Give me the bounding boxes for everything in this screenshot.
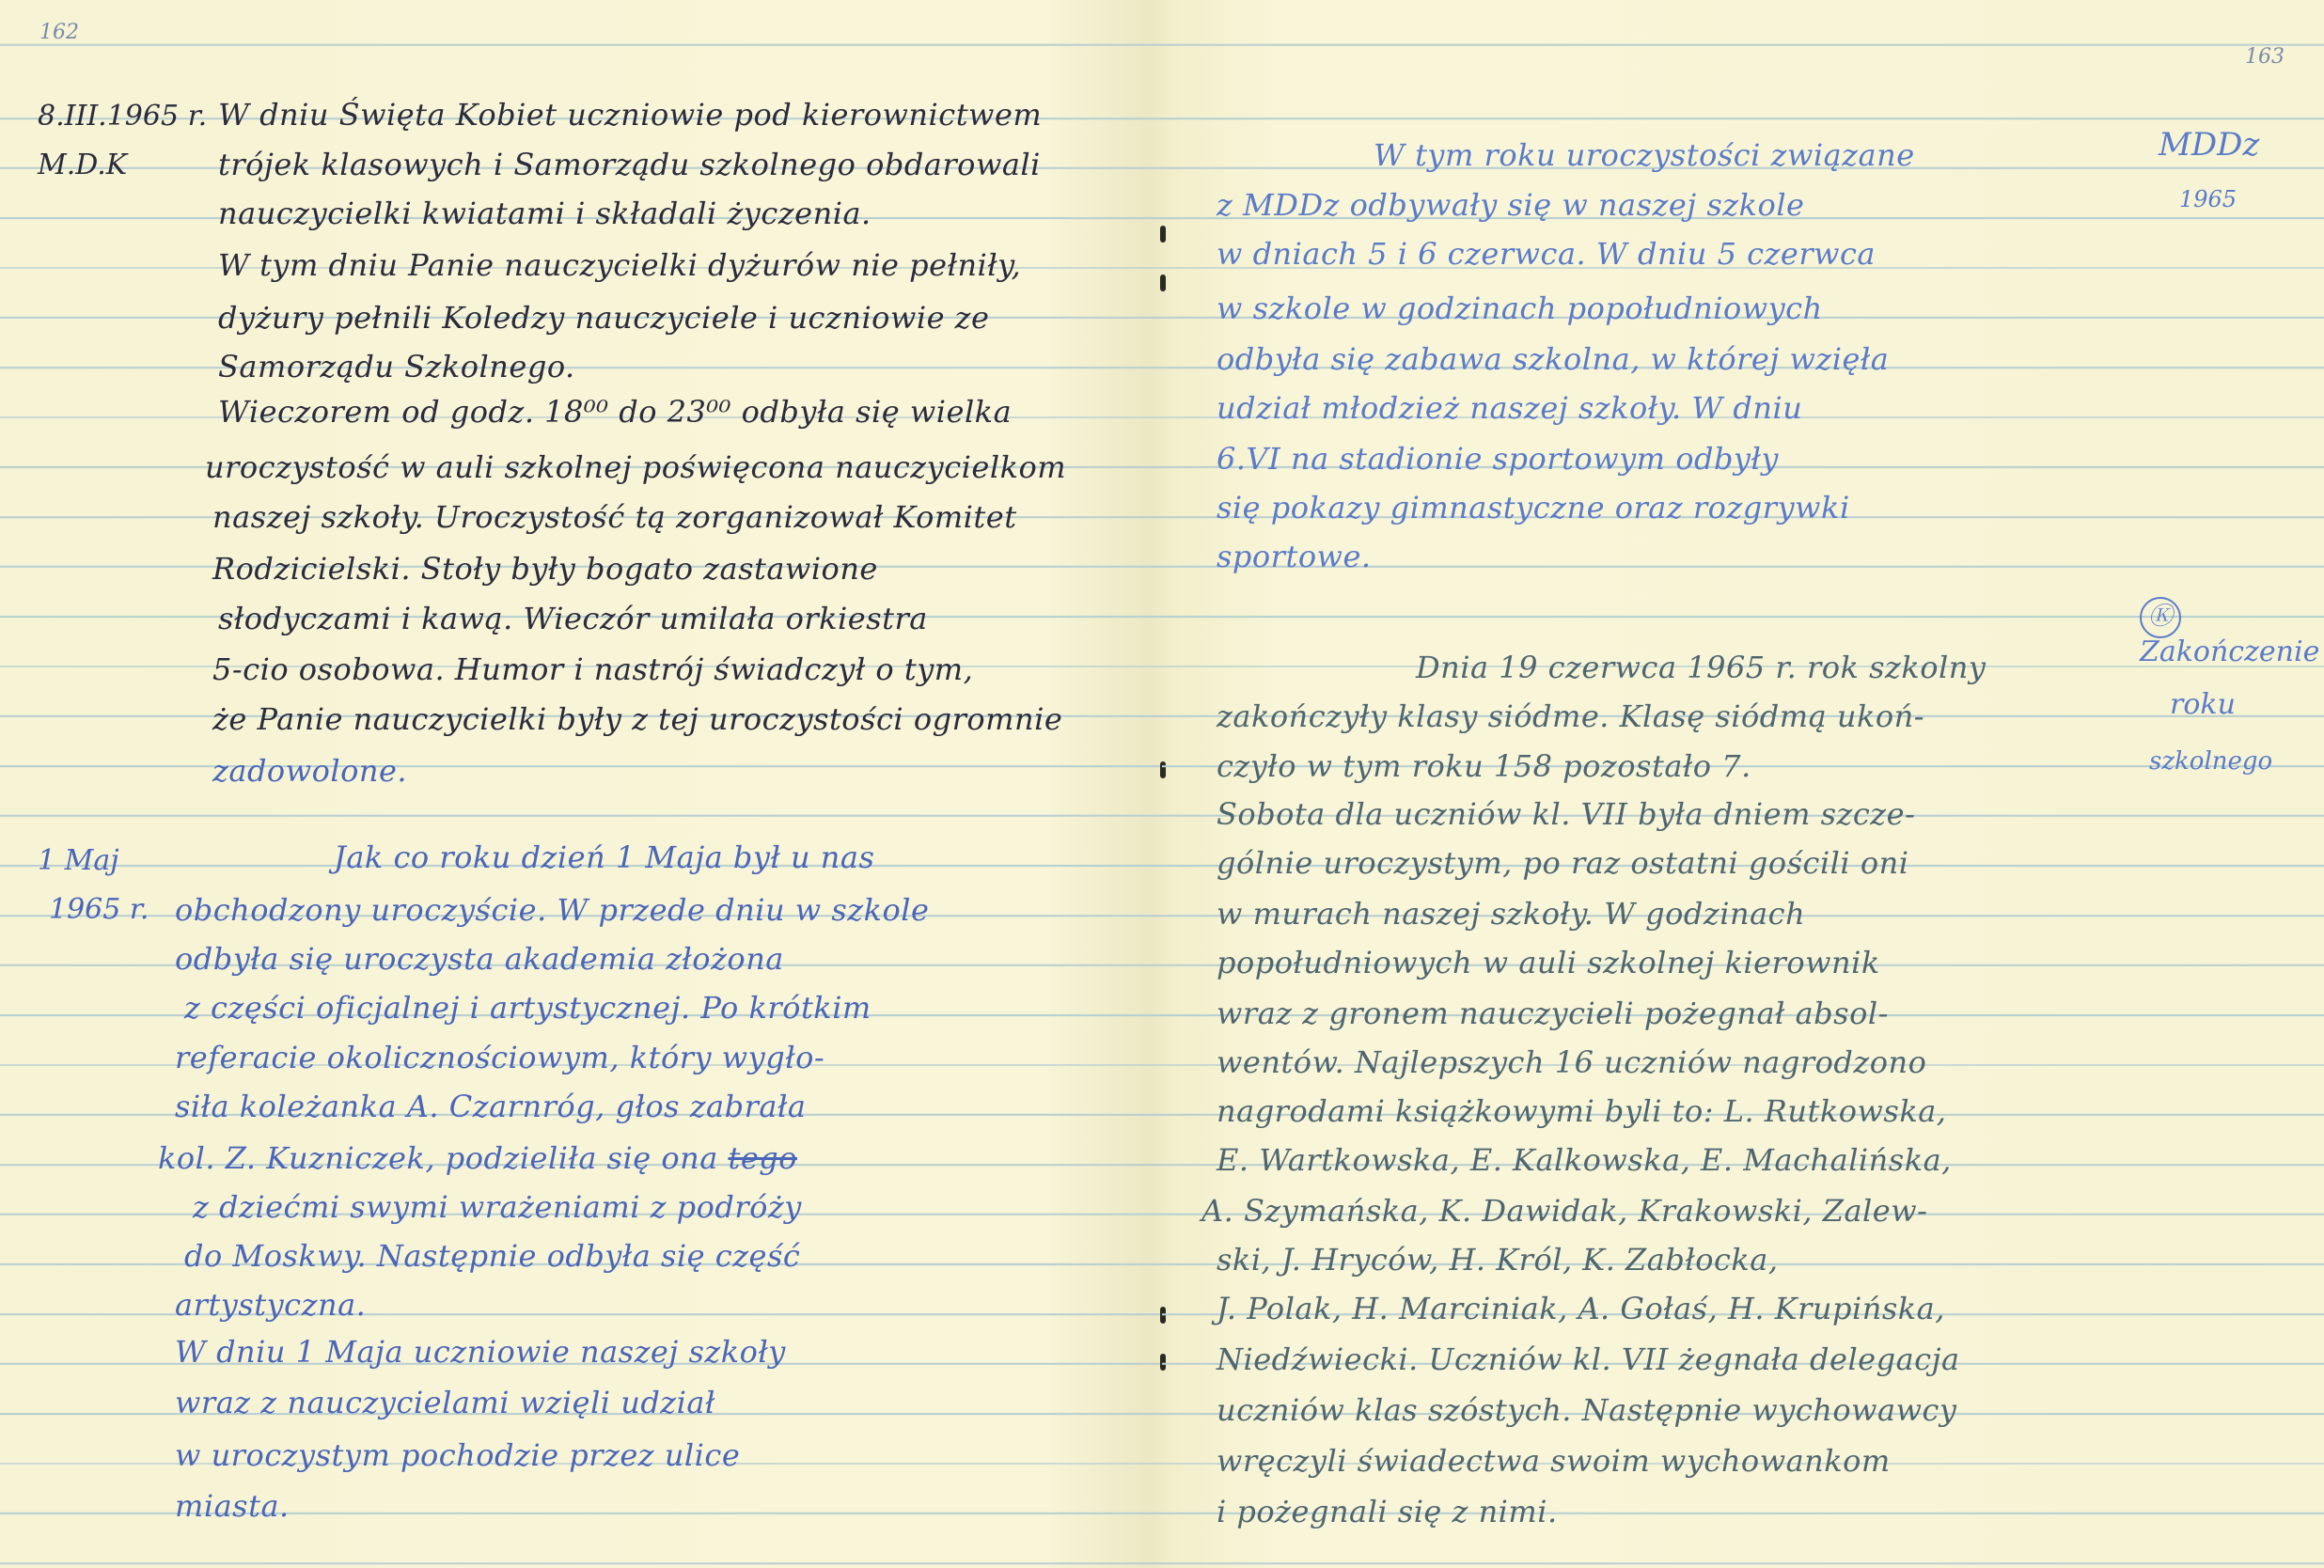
text-line: i pożegnali się z nimi. [1217, 1493, 1558, 1530]
text-line: E. Wartkowska, E. Kalkowska, E. Machaliń… [1217, 1141, 1952, 1179]
text-line: kol. Z. Kuzniczek, podzieliła się ona te… [158, 1139, 797, 1177]
text-line: A. Szymańska, K. Dawidak, Krakowski, Zal… [1201, 1192, 1927, 1230]
text-line: nauczycielki kwiatami i składali życzeni… [218, 195, 871, 232]
text-line: wentów. Najlepszych 16 uczniów nagrodzon… [1217, 1043, 1926, 1081]
text-line: czyło w tym roku 158 pozostało 7. [1217, 747, 1751, 785]
text-line: W tym dniu Panie nauczycielki dyżurów ni… [218, 246, 1021, 284]
text-line: że Panie nauczycielki były z tej uroczys… [212, 700, 1062, 738]
text-line: Niedźwiecki. Uczniów kl. VII żegnała del… [1217, 1341, 1960, 1378]
notebook-spread: 162 8.III.1965 r. M.D.K 1 Maj 1965 r. W … [0, 0, 2324, 1568]
text-line: Sobota dla uczniów kl. VII była dniem sz… [1217, 795, 1915, 833]
text-line: wręczyli świadectwa swoim wychowankom [1217, 1442, 1891, 1480]
text-line: W dniu Święta Kobiet uczniowie pod kiero… [218, 96, 1042, 133]
margin-date: 1 Maj [38, 837, 119, 886]
text-line: się pokazy gimnastyczne oraz rozgrywki [1217, 489, 1850, 526]
text-line: z części oficjalnej i artystycznej. Po k… [184, 989, 871, 1027]
text-line: W tym roku uroczystości związane [1374, 136, 1915, 174]
text-line: naszej szkoły. Uroczystość tą zorganizow… [212, 498, 1017, 536]
text-line: 6.VI na stadionie sportowym odbyły [1217, 440, 1779, 478]
text-line: w uroczystym pochodzie przez ulice [175, 1436, 740, 1474]
text-line: nagrodami książkowymi byli to: L. Rutkow… [1217, 1092, 1946, 1130]
text-line: Rodzicielski. Stoły były bogato zastawio… [212, 550, 878, 588]
margin-heading: Zakończenie [2140, 628, 2319, 677]
text-line: wraz z nauczycielami wzięli udział [175, 1384, 715, 1421]
margin-label: M.D.K [38, 141, 127, 190]
left-page: 162 8.III.1965 r. M.D.K 1 Maj 1965 r. W … [0, 0, 1162, 1568]
text-line: odbyła się zabawa szkolna, w której wzię… [1217, 340, 1889, 378]
text-line: z dziećmi swymi wrażeniami z podróży [193, 1188, 802, 1226]
text-line: zakończyły klasy siódme. Klasę siódmą uk… [1217, 698, 1924, 735]
struck-word: tego [728, 1140, 797, 1176]
text-line: artystyczna. [175, 1286, 366, 1324]
text-line: wraz z gronem nauczycieli pożegnał absol… [1217, 995, 1889, 1032]
text-line: siła koleżanka A. Czarnróg, głos zabrała [175, 1088, 806, 1125]
text-line: obchodzony uroczyście. W przede dniu w s… [175, 891, 929, 929]
margin-year: 1965 [2179, 175, 2237, 224]
margin-heading: szkolnego [2149, 737, 2272, 786]
text-line: trójek klasowych i Samorządu szkolnego o… [218, 146, 1041, 183]
text-line: uroczystość w auli szkolnej poświęcona n… [205, 448, 1066, 486]
text-line: do Moskwy. Następnie odbyła się część [184, 1237, 800, 1275]
text-line: z MDDz odbywały się w naszej szkole [1217, 186, 1804, 224]
margin-date: 8.III.1965 r. [38, 92, 207, 141]
margin-heading: roku [2170, 681, 2236, 729]
text-line: zadowolone. [212, 752, 407, 790]
text-line: w szkole w godzinach popołudniowych [1217, 290, 1823, 327]
text-line: gólnie uroczystym, po raz ostatni gościl… [1217, 844, 1908, 882]
text-line: słodyczami i kawą. Wieczór umilała orkie… [218, 600, 928, 637]
text-line: J. Polak, H. Marciniak, A. Gołaś, H. Kru… [1217, 1290, 1945, 1327]
text-line: Dnia 19 czerwca 1965 r. rok szkolny [1416, 649, 1986, 686]
margin-date: 1965 r. [49, 886, 149, 934]
text-line: popołudniowych w auli szkolnej kierownik [1217, 944, 1880, 981]
text-line: udział młodzież naszej szkoły. W dniu [1217, 389, 1802, 427]
text-line: Samorządu Szkolnego. [218, 348, 575, 385]
text-line: dyżury pełnili Koledzy nauczyciele i ucz… [218, 299, 989, 337]
page-number: 162 [39, 21, 79, 44]
text-line: 5-cio osobowa. Humor i nastrój świadczył… [212, 651, 973, 688]
text-line: Jak co roku dzień 1 Maja był u nas [334, 839, 874, 876]
text-line: Wieczorem od godz. 18⁰⁰ do 23⁰⁰ odbyła s… [218, 393, 1012, 431]
text-line: referacie okolicznościowym, który wygło- [175, 1039, 824, 1076]
text-line: odbyła się uroczysta akademia złożona [175, 940, 784, 978]
text-line: w murach naszej szkoły. W godzinach [1217, 895, 1805, 933]
right-page: 163 MDDz 1965 Ⓚ Zakończenie roku szkolne… [1162, 0, 2324, 1568]
text-line: uczniów klas szóstych. Następnie wychowa… [1217, 1391, 1957, 1429]
text-line: w dniach 5 i 6 czerwca. W dniu 5 czerwca [1217, 235, 1876, 273]
text-line: miasta. [175, 1487, 290, 1525]
text-line: W dniu 1 Maja uczniowie naszej szkoły [175, 1333, 786, 1371]
text-line: ski, J. Hryców, H. Król, K. Zabłocka, [1217, 1241, 1779, 1278]
page-number: 163 [2245, 45, 2285, 69]
margin-label: MDDz [2159, 120, 2259, 169]
text-span: kol. Z. Kuzniczek, podzieliła się ona [158, 1140, 718, 1176]
text-line: sportowe. [1217, 538, 1372, 575]
